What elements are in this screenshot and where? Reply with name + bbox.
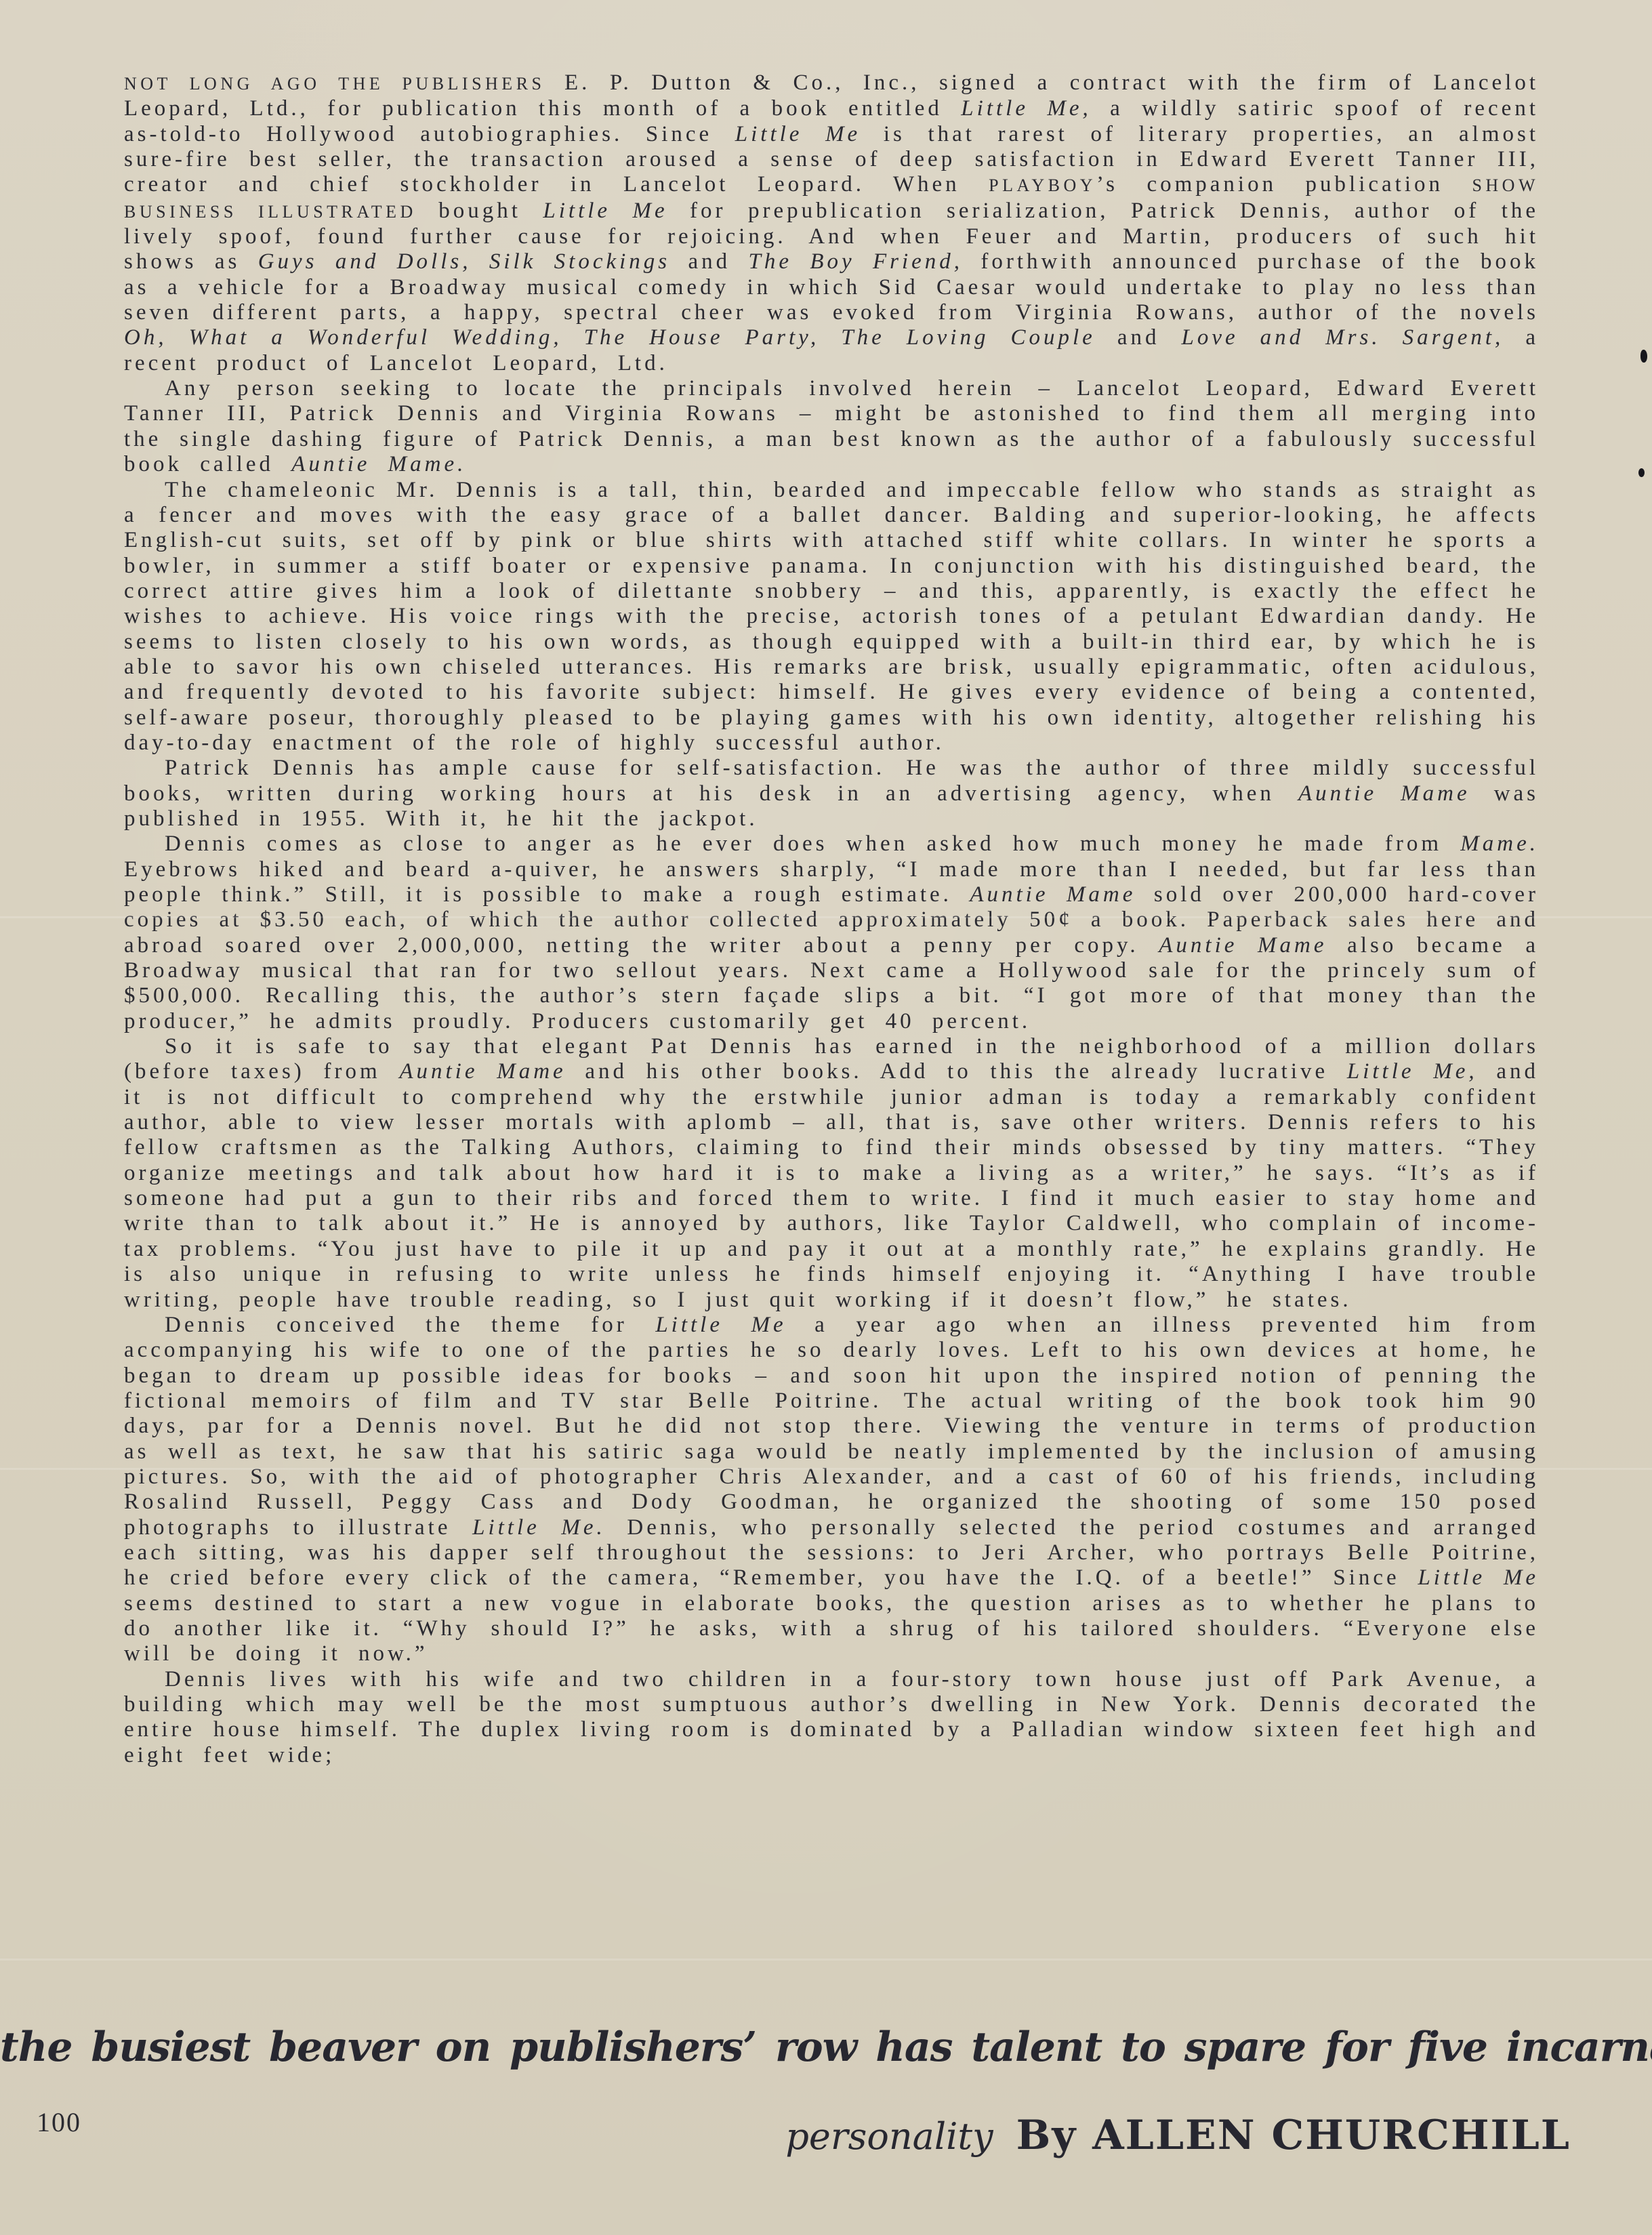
italic-text: Little Me,	[1347, 1059, 1478, 1084]
italic-text: Little Me,	[961, 96, 1091, 121]
body-text: seems destined to start a new vogue in e…	[124, 1591, 1539, 1666]
paragraph: Any person seeking to locate the princip…	[124, 376, 1539, 477]
italic-text: Love and Mrs. Sargent,	[1181, 325, 1504, 350]
italic-text: Little Me	[735, 122, 861, 146]
body-text: bought	[417, 199, 543, 223]
smallcaps-text: PLAYBOY	[989, 176, 1096, 195]
magazine-page: NOT LONG AGO THE PUBLISHERS E. P. Dutton…	[0, 0, 1652, 2235]
ink-speck	[1640, 350, 1647, 363]
paragraph: Dennis lives with his wife and two child…	[124, 1667, 1539, 1768]
tagline: the busiest beaver on publishers’ row ha…	[0, 2024, 1652, 2071]
body-text: a year ago when an illness prevented him…	[124, 1313, 1539, 1540]
section-label: personality	[785, 2115, 993, 2158]
paragraph: Patrick Dennis has ample cause for self-…	[124, 756, 1539, 832]
italic-text: Auntie Mame.	[291, 452, 466, 476]
body-text: and	[1096, 325, 1182, 350]
paragraph: The chameleonic Mr. Dennis is a tall, th…	[124, 478, 1539, 756]
italic-text: Auntie Mame	[1159, 933, 1327, 958]
byline: By ALLEN CHURCHILL	[1016, 2112, 1571, 2159]
italic-text: Guys and Dolls, Silk Stockings	[258, 249, 670, 274]
paragraph: Dennis conceived the theme for Little Me…	[124, 1313, 1539, 1667]
body-text: Dennis conceived the theme for	[165, 1313, 655, 1337]
ink-speck	[1638, 468, 1645, 477]
body-text: ’s companion publication	[1096, 172, 1472, 197]
paragraph: NOT LONG AGO THE PUBLISHERS E. P. Dutton…	[124, 70, 1539, 376]
italic-text: Mame.	[1460, 832, 1539, 856]
scan-streak	[0, 1959, 1652, 1961]
body-text: The chameleonic Mr. Dennis is a tall, th…	[124, 478, 1539, 755]
body-text: Dennis lives with his wife and two child…	[124, 1667, 1539, 1767]
body-text: and his other books. Add to this the alr…	[566, 1059, 1347, 1084]
article-body: NOT LONG AGO THE PUBLISHERS E. P. Dutton…	[124, 70, 1539, 1768]
italic-text: Little Me	[1418, 1565, 1539, 1590]
body-text: and it is not difficult to comprehend wh…	[124, 1059, 1539, 1311]
paragraph: Dennis comes as close to anger as he eve…	[124, 832, 1539, 1034]
italic-text: Auntie Mame	[1298, 781, 1470, 806]
italic-text: Little Me	[655, 1313, 786, 1337]
paragraph: So it is safe to say that elegant Pat De…	[124, 1034, 1539, 1313]
italic-text: Little Me	[543, 199, 667, 223]
italic-text: Oh, What a Wonderful Wedding, The House …	[124, 325, 1096, 350]
body-text: Dennis comes as close to anger as he eve…	[165, 832, 1460, 856]
italic-text: The Boy Friend,	[748, 249, 963, 274]
smallcaps-text: NOT LONG AGO THE PUBLISHERS	[124, 74, 545, 94]
italic-text: Auntie Mame	[970, 882, 1136, 907]
body-text: and	[670, 249, 748, 274]
italic-text: Little Me.	[472, 1515, 606, 1540]
byline-row: personality By ALLEN CHURCHILL	[785, 2112, 1571, 2159]
italic-text: Auntie Mame	[399, 1059, 566, 1084]
page-number: 100	[37, 2106, 81, 2138]
